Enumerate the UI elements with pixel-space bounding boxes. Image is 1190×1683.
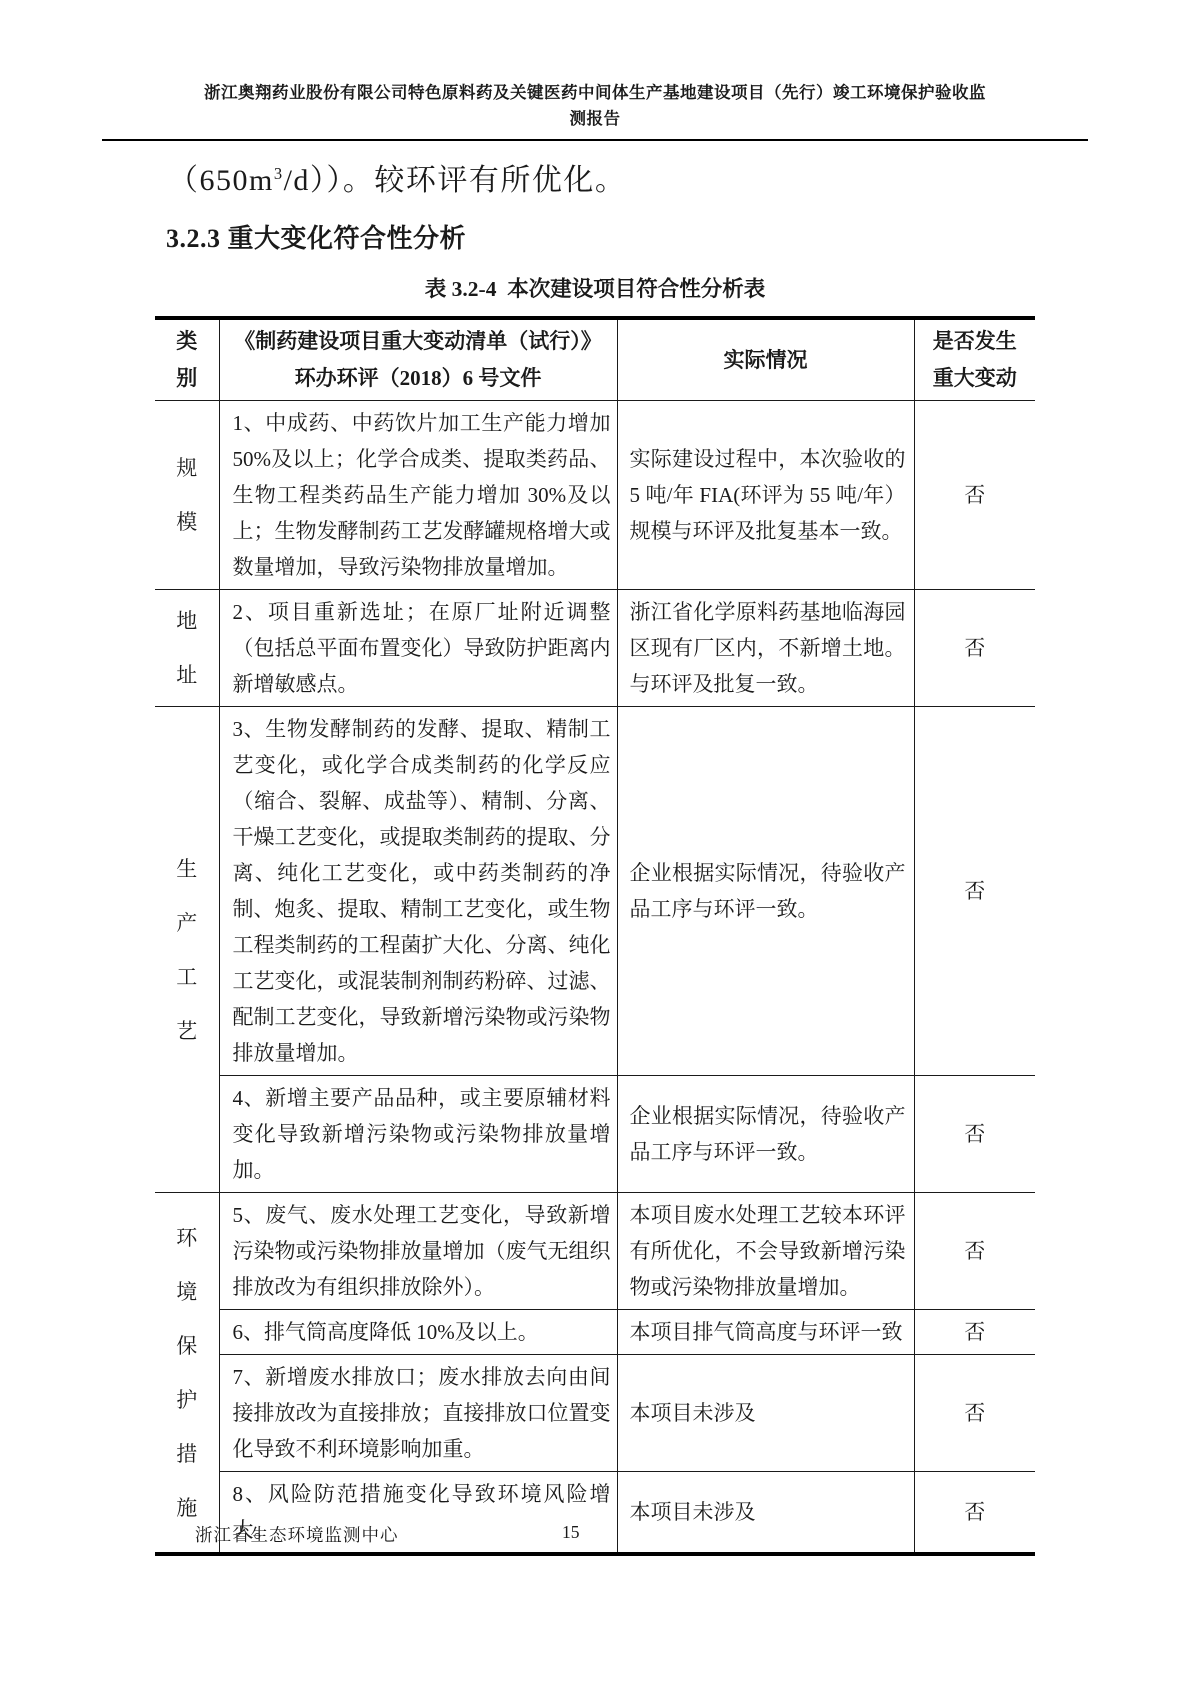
table-row: 7、新增废水排放口；废水排放去向由间接排放改为直接排放；直接排放口位置变化导致不…	[155, 1355, 1035, 1472]
major-change-cell: 否	[914, 1472, 1035, 1555]
criterion-cell: 1、中成药、中药饮片加工生产能力增加 50%及以上；化学合成类、提取类药品、生物…	[219, 401, 617, 590]
actual-situation-cell: 本项目排气筒高度与环评一致	[617, 1310, 914, 1355]
table-row: 生 产 工 艺3、生物发酵制药的发酵、提取、精制工艺变化，或化学合成类制药的化学…	[155, 707, 1035, 1076]
header-checklist: 《制药建设项目重大变动清单（试行）》 环办环评（2018）6 号文件	[219, 318, 617, 401]
major-change-cell: 否	[914, 1076, 1035, 1193]
criterion-cell: 6、排气筒高度降低 10%及以上。	[219, 1310, 617, 1355]
running-header: 浙江奥翔药业股份有限公司特色原料药及关键医药中间体生产基地建设项目（先行）竣工环…	[115, 0, 1075, 132]
intro-suffix: /d））。较环评有所优化。	[284, 164, 627, 197]
major-change-cell: 否	[914, 707, 1035, 1076]
category-cell: 规 模	[155, 401, 219, 590]
intro-prefix: （650m	[168, 164, 274, 197]
major-change-cell: 否	[914, 1193, 1035, 1310]
criterion-cell: 3、生物发酵制药的发酵、提取、精制工艺变化，或化学合成类制药的化学反应（缩合、裂…	[219, 707, 617, 1076]
header-actual: 实际情况	[617, 318, 914, 401]
criterion-cell: 7、新增废水排放口；废水排放去向由间接排放改为直接排放；直接排放口位置变化导致不…	[219, 1355, 617, 1472]
compliance-table: 类 别 《制药建设项目重大变动清单（试行）》 环办环评（2018）6 号文件 实…	[155, 316, 1035, 1556]
actual-situation-cell: 实际建设过程中，本次验收的 5 吨/年 FIA(环评为 55 吨/年）规模与环评…	[617, 401, 914, 590]
running-header-line2: 测报告	[570, 109, 621, 128]
actual-situation-cell: 本项目未涉及	[617, 1355, 914, 1472]
major-change-cell: 否	[914, 1310, 1035, 1355]
footer-organization: 浙江省生态环境监测中心	[195, 1522, 399, 1547]
header-category: 类 别	[155, 318, 219, 401]
actual-situation-cell: 企业根据实际情况，待验收产品工序与环评一致。	[617, 707, 914, 1076]
table-caption: 表 3.2-4 本次建设项目符合性分析表	[0, 272, 1190, 303]
header-major-change: 是否发生 重大变动	[914, 318, 1035, 401]
section-heading: 3.2.3 重大变化符合性分析	[166, 218, 1190, 255]
table-row: 规 模1、中成药、中药饮片加工生产能力增加 50%及以上；化学合成类、提取类药品…	[155, 401, 1035, 590]
table-row: 地 址2、项目重新选址；在原厂址附近调整（包括总平面布置变化）导致防护距离内新增…	[155, 590, 1035, 707]
document-page: 浙江奥翔药业股份有限公司特色原料药及关键医药中间体生产基地建设项目（先行）竣工环…	[0, 0, 1190, 1683]
major-change-cell: 否	[914, 1355, 1035, 1472]
criterion-cell: 5、废气、废水处理工艺变化，导致新增污染物或污染物排放量增加（废气无组织排放改为…	[219, 1193, 617, 1310]
major-change-cell: 否	[914, 590, 1035, 707]
footer-page-number: 15	[562, 1522, 580, 1543]
criterion-cell: 4、新增主要产品品种，或主要原辅材料变化导致新增污染物或污染物排放量增加。	[219, 1076, 617, 1193]
intro-paragraph: （650m3/d））。较环评有所优化。	[168, 155, 1190, 199]
table-row: 6、排气筒高度降低 10%及以上。本项目排气筒高度与环评一致否	[155, 1310, 1035, 1355]
actual-situation-cell: 浙江省化学原料药基地临海园区现有厂区内，不新增土地。与环评及批复一致。	[617, 590, 914, 707]
category-cell: 环 境 保 护 措 施	[155, 1193, 219, 1555]
running-header-line1: 浙江奥翔药业股份有限公司特色原料药及关键医药中间体生产基地建设项目（先行）竣工环…	[204, 83, 986, 102]
header-divider	[102, 139, 1088, 141]
table-row: 环 境 保 护 措 施5、废气、废水处理工艺变化，导致新增污染物或污染物排放量增…	[155, 1193, 1035, 1310]
major-change-cell: 否	[914, 401, 1035, 590]
criterion-cell: 2、项目重新选址；在原厂址附近调整（包括总平面布置变化）导致防护距离内新增敏感点…	[219, 590, 617, 707]
actual-situation-cell: 本项目未涉及	[617, 1472, 914, 1555]
category-cell: 地 址	[155, 590, 219, 707]
category-cell: 生 产 工 艺	[155, 707, 219, 1193]
intro-superscript: 3	[274, 164, 284, 183]
actual-situation-cell: 本项目废水处理工艺较本环评有所优化，不会导致新增污染物或污染物排放量增加。	[617, 1193, 914, 1310]
actual-situation-cell: 企业根据实际情况，待验收产品工序与环评一致。	[617, 1076, 914, 1193]
table-row: 4、新增主要产品品种，或主要原辅材料变化导致新增污染物或污染物排放量增加。企业根…	[155, 1076, 1035, 1193]
table-header-row: 类 别 《制药建设项目重大变动清单（试行）》 环办环评（2018）6 号文件 实…	[155, 318, 1035, 401]
